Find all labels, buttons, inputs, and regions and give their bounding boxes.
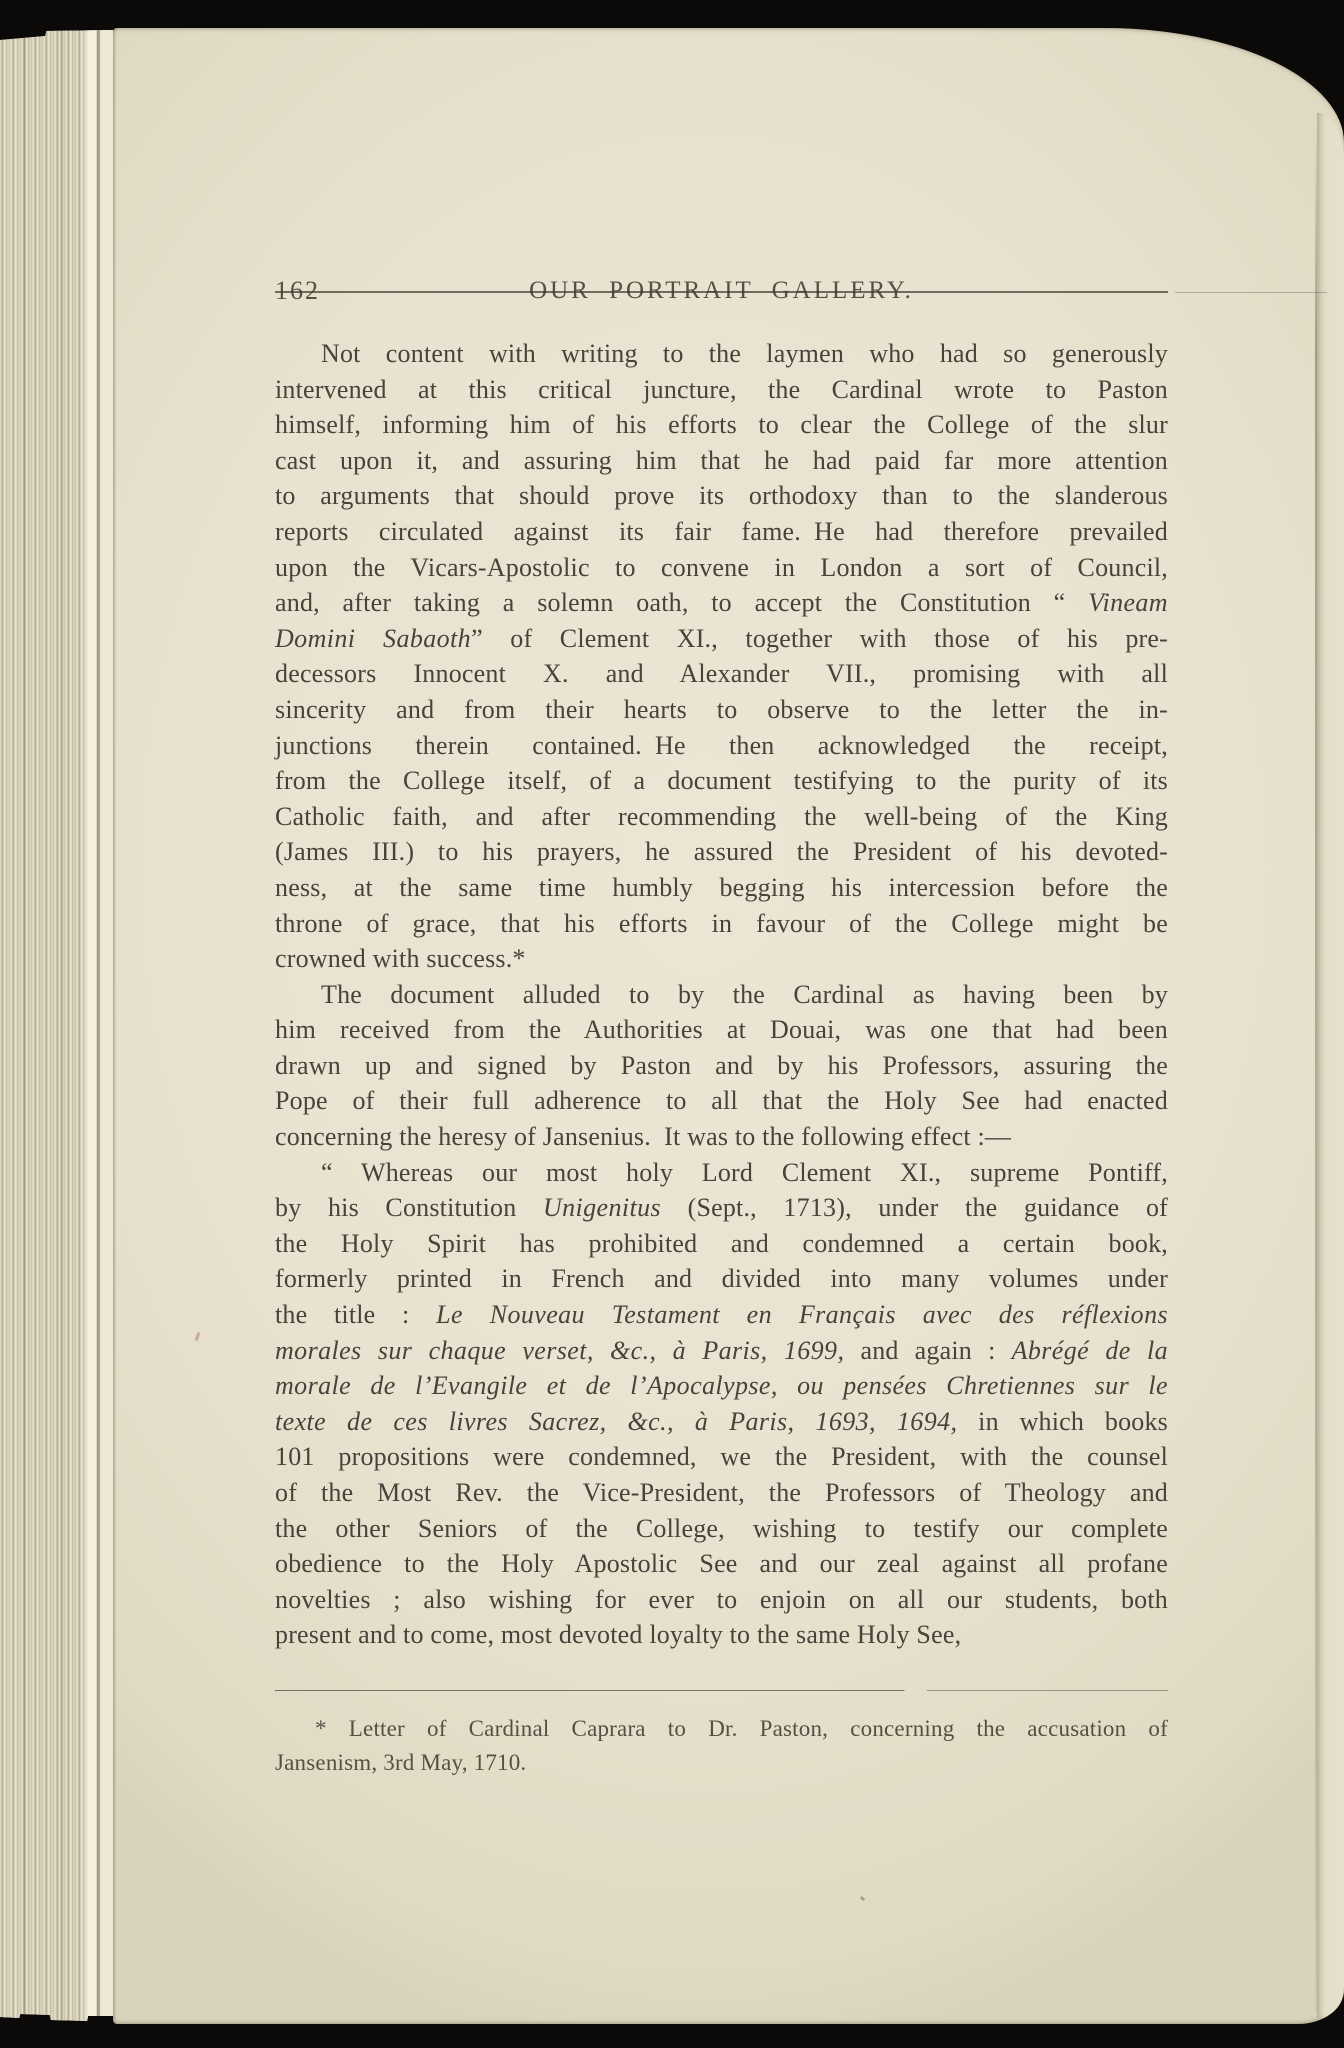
paragraph: Not content with writing to the laymen w… xyxy=(275,336,1168,977)
text-line: upon the Vicars-Apostolic to convene in … xyxy=(275,550,1168,586)
text-line: himself, informing him of his efforts to… xyxy=(275,407,1168,443)
header-rule xyxy=(275,291,1168,293)
text-line: him received from the Authorities at Dou… xyxy=(275,1012,1168,1048)
text-line: intervened at this critical juncture, th… xyxy=(275,372,1168,408)
book-page: 162 OUR PORTRAIT GALLERY. Not content wi… xyxy=(113,28,1344,2024)
text-line: novelties ; also wishing for ever to enj… xyxy=(275,1582,1168,1618)
text-line: Pope of their full adherence to all that… xyxy=(275,1083,1168,1119)
text-line: * Letter of Cardinal Caprara to Dr. Past… xyxy=(275,1712,1168,1746)
text-line: throne of grace, that his efforts in fav… xyxy=(275,906,1168,942)
book-photo: { "colors":{ "surround":"#0b0a08", "pape… xyxy=(0,0,1344,2048)
text-line: Not content with writing to the laymen w… xyxy=(275,336,1168,372)
text-line: Jansenism, 3rd May, 1710. xyxy=(275,1746,1168,1780)
text-line: obedience to the Holy Apostolic See and … xyxy=(275,1546,1168,1582)
text-line: cast upon it, and assuring him that he h… xyxy=(275,443,1168,479)
text-line: texte de ces livres Sacrez, &c., à Paris… xyxy=(275,1404,1168,1440)
text-line: Domini Sabaoth” of Clement XI., together… xyxy=(275,621,1168,657)
page-speck xyxy=(860,1896,866,1902)
text-line: present and to come, most devoted loyalt… xyxy=(275,1617,1168,1653)
text-line: of the Most Rev. the Vice-President, the… xyxy=(275,1475,1168,1511)
text-line: from the College itself, of a document t… xyxy=(275,763,1168,799)
text-line: by his Constitution Unigenitus (Sept., 1… xyxy=(275,1190,1168,1226)
text-line: morale de l’Evangile et de l’Apocalypse,… xyxy=(275,1368,1168,1404)
text-line: the Holy Spirit has prohibited and conde… xyxy=(275,1226,1168,1262)
text-line: 101 propositions were condemned, we the … xyxy=(275,1439,1168,1475)
page-speck xyxy=(195,1332,201,1341)
text-line: Catholic faith, and after recommending t… xyxy=(275,799,1168,835)
paragraph: The document alluded to by the Cardinal … xyxy=(275,977,1168,1155)
text-line: sincerity and from their hearts to obser… xyxy=(275,692,1168,728)
header-rule-extension xyxy=(1175,292,1327,293)
text-line: to arguments that should prove its ortho… xyxy=(275,478,1168,514)
page-edge-stack xyxy=(0,30,113,2022)
page-fold-crease xyxy=(1315,123,1317,2012)
text-line: “ Whereas our most holy Lord Clement XI.… xyxy=(275,1155,1168,1191)
body-text: Not content with writing to the laymen w… xyxy=(275,336,1168,1653)
text-line: morales sur chaque verset, &c., à Paris,… xyxy=(275,1333,1168,1369)
text-line: decessors Innocent X. and Alexander VII.… xyxy=(275,656,1168,692)
text-line: the other Seniors of the College, wishin… xyxy=(275,1511,1168,1547)
text-line: concerning the heresy of Jansenius. It w… xyxy=(275,1119,1168,1155)
footnote-text: * Letter of Cardinal Caprara to Dr. Past… xyxy=(275,1712,1168,1780)
text-line: (James III.) to his prayers, he assured … xyxy=(275,834,1168,870)
text-line: reports circulated against its fair fame… xyxy=(275,514,1168,550)
text-line: crowned with success.* xyxy=(275,941,1168,977)
text-line: junctions therein contained. He then ack… xyxy=(275,728,1168,764)
text-line: The document alluded to by the Cardinal … xyxy=(275,977,1168,1013)
text-line: and, after taking a solemn oath, to acce… xyxy=(275,585,1168,621)
text-line: the title : Le Nouveau Testament en Fran… xyxy=(275,1297,1168,1333)
next-page-sliver xyxy=(1317,113,1344,2018)
text-line: drawn up and signed by Paston and by his… xyxy=(275,1048,1168,1084)
text-line: ness, at the same time humbly begging hi… xyxy=(275,870,1168,906)
paragraph: * Letter of Cardinal Caprara to Dr. Past… xyxy=(275,1712,1168,1780)
paragraph: “ Whereas our most holy Lord Clement XI.… xyxy=(275,1155,1168,1653)
footnote-rule xyxy=(275,1690,1168,1691)
text-line: formerly printed in French and divided i… xyxy=(275,1261,1168,1297)
